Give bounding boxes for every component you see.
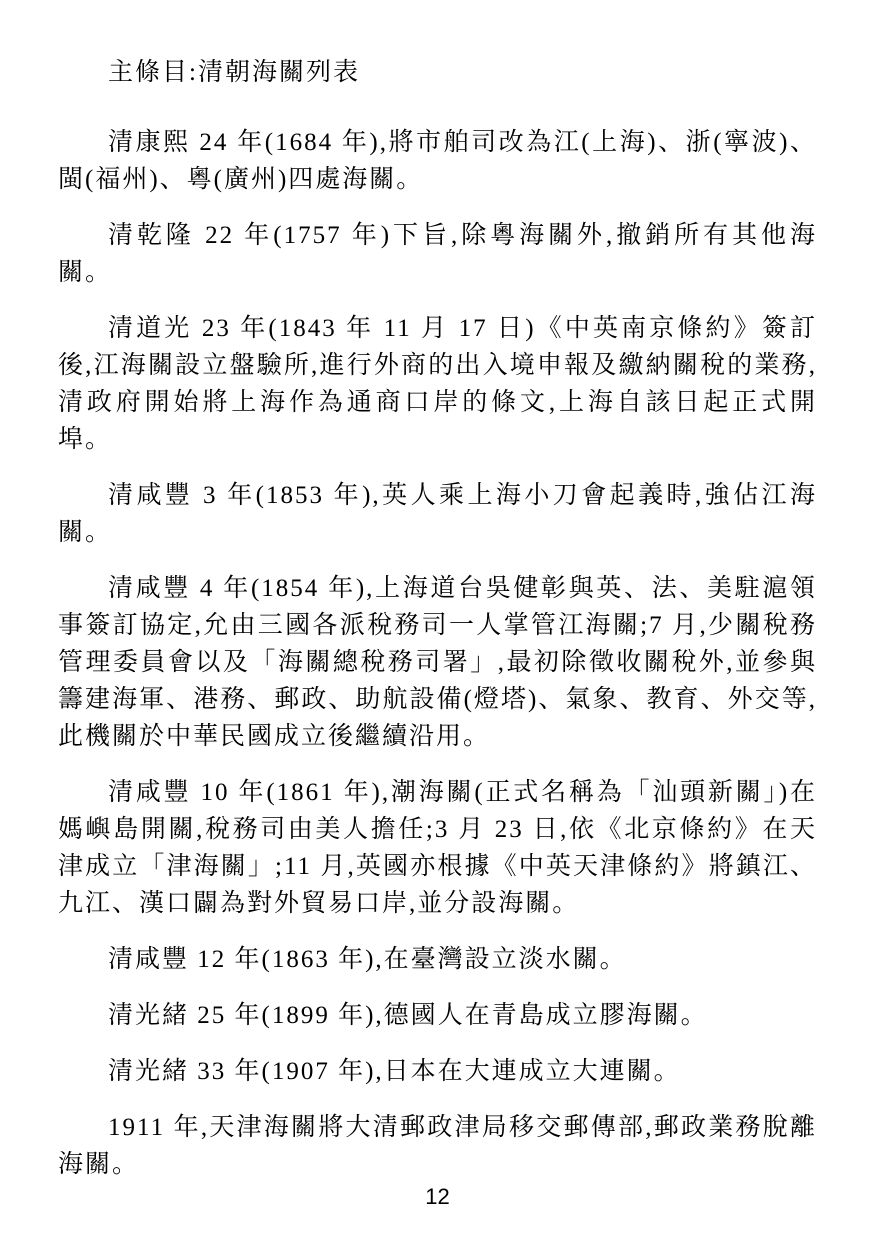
page-number: 12 bbox=[0, 1184, 875, 1210]
body-paragraph: 清咸豐 12 年(1863 年),在臺灣設立淡水關。 bbox=[58, 941, 817, 978]
body-paragraph: 清咸豐 3 年(1853 年),英人乘上海小刀會起義時,強佔江海關。 bbox=[58, 477, 817, 551]
document-page: 主條目:清朝海關列表 清康熙 24 年(1684 年),將市舶司改為江(上海)、… bbox=[0, 0, 875, 1240]
body-paragraph: 清咸豐 10 年(1861 年),潮海關(正式名稱為「汕頭新關」)在媽嶼島開關,… bbox=[58, 774, 817, 922]
body-paragraph: 清咸豐 4 年(1854 年),上海道台吳健彰與英、法、美駐滬領事簽訂協定,允由… bbox=[58, 570, 817, 755]
hatnote-paragraph: 主條目:清朝海關列表 bbox=[58, 54, 817, 91]
body-paragraph: 清乾隆 22 年(1757 年)下旨,除粵海關外,撤銷所有其他海關。 bbox=[58, 217, 817, 291]
body-paragraph: 清康熙 24 年(1684 年),將市舶司改為江(上海)、浙(寧波)、閩(福州)… bbox=[58, 124, 817, 198]
body-paragraph: 清道光 23 年(1843 年 11 月 17 日)《中英南京條約》簽訂後,江海… bbox=[58, 310, 817, 458]
body-paragraph: 清光緒 33 年(1907 年),日本在大連成立大連關。 bbox=[58, 1053, 817, 1090]
body-paragraph: 清光緒 25 年(1899 年),德國人在青島成立膠海關。 bbox=[58, 997, 817, 1034]
page-body: 主條目:清朝海關列表 清康熙 24 年(1684 年),將市舶司改為江(上海)、… bbox=[58, 54, 817, 1202]
body-paragraph: 1911 年,天津海關將大清郵政津局移交郵傳部,郵政業務脫離海關。 bbox=[58, 1109, 817, 1183]
